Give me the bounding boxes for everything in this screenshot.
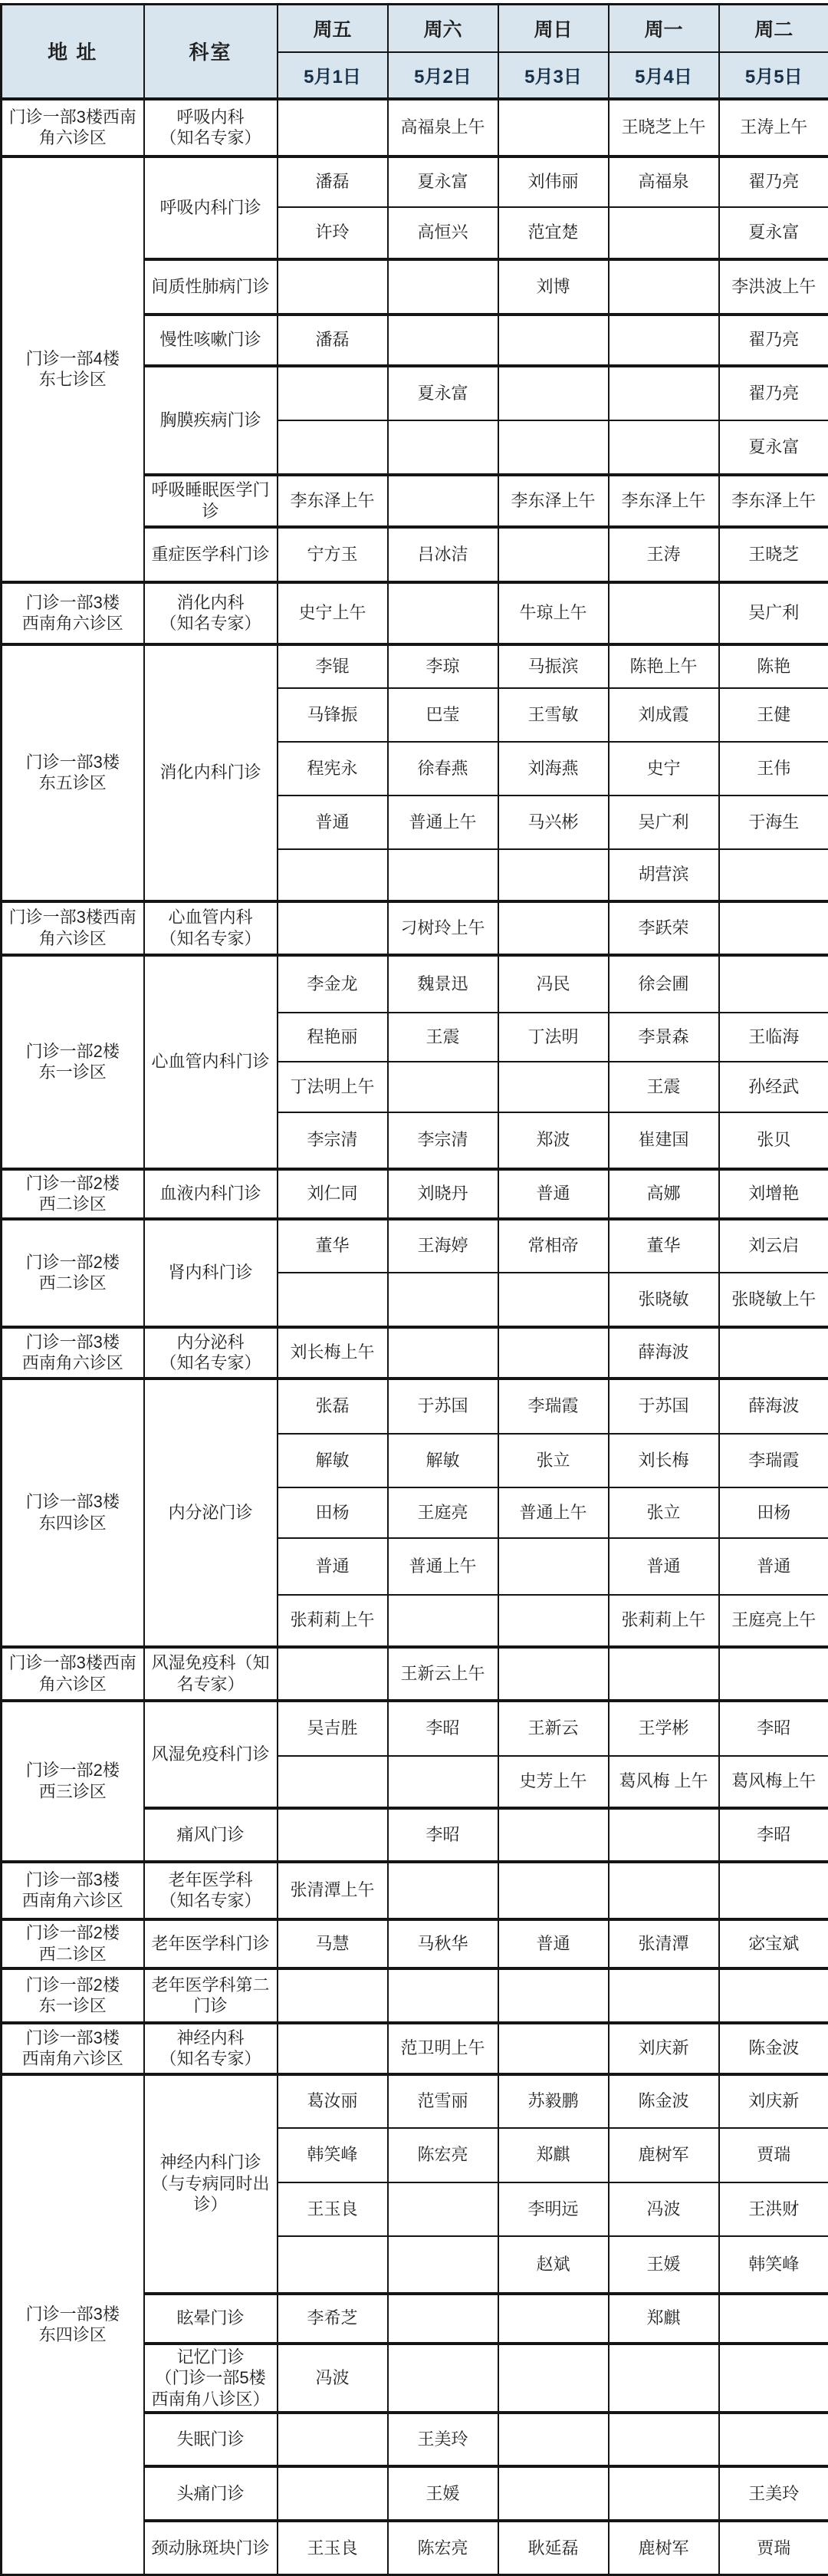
doctor-schedule-cell: 王临海: [719, 1013, 828, 1062]
doctor-schedule-cell: 马秋华: [388, 1919, 498, 1968]
table-row: 门诊一部3楼 西南角六诊区神经内科 （知名专家）范卫明上午刘庆新陈金波: [2, 2023, 828, 2074]
doctor-schedule-cell: 张贝: [719, 1112, 828, 1169]
doctor-schedule-cell: 潘磊: [278, 315, 388, 366]
doctor-schedule-cell: [498, 527, 609, 582]
doctor-schedule-cell: 马慧: [278, 1919, 388, 1968]
doctor-schedule-cell: 陈艳上午: [609, 644, 719, 688]
department-cell: 风湿免疫科门诊: [144, 1701, 278, 1808]
doctor-schedule-cell: 李希芝: [278, 2294, 388, 2344]
doctor-schedule-cell: 吴广利: [719, 582, 828, 644]
doctor-schedule-cell: [719, 1327, 828, 1379]
table-row: 门诊一部3楼 西南角六诊区消化内科 （知名专家）史宁上午牛琼上午吴广利: [2, 582, 828, 644]
doctor-schedule-cell: [388, 1756, 498, 1808]
doctor-schedule-cell: 张莉莉上午: [609, 1595, 719, 1647]
doctor-schedule-cell: 李昭: [719, 1701, 828, 1756]
doctor-schedule-cell: [719, 849, 828, 901]
doctor-schedule-cell: 牛琼上午: [498, 582, 609, 644]
doctor-schedule-cell: 范卫明上午: [388, 2023, 498, 2074]
doctor-schedule-cell: 李宗清: [278, 1112, 388, 1169]
doctor-schedule-cell: [498, 1062, 609, 1112]
doctor-schedule-cell: [719, 1647, 828, 1701]
doctor-schedule-cell: [498, 2344, 609, 2413]
table-row: 门诊一部3楼 东四诊区内分泌门诊张磊于苏国李瑞霞于苏国薛海波: [2, 1379, 828, 1434]
doctor-schedule-cell: [388, 1862, 498, 1919]
doctor-schedule-cell: [609, 315, 719, 366]
doctor-schedule-cell: 李洪波上午: [719, 259, 828, 315]
table-row: 门诊一部3楼西南 角六诊区心血管内科 （知名专家）刁树玲上午李跃荣: [2, 901, 828, 955]
address-cell: 门诊一部3楼 东五诊区: [2, 644, 144, 901]
department-cell: 呼吸内科门诊: [144, 156, 278, 259]
doctor-schedule-cell: 宓宝斌: [719, 1919, 828, 1968]
doctor-schedule-cell: [388, 2294, 498, 2344]
doctor-schedule-cell: 马锋振: [278, 688, 388, 742]
table-row: 门诊一部3楼西南 角六诊区呼吸内科 （知名专家）高福泉上午王晓芝上午王涛上午: [2, 99, 828, 156]
doctor-schedule-cell: 刘伟丽: [498, 156, 609, 207]
doctor-schedule-cell: [278, 420, 388, 475]
doctor-schedule-cell: 常相帝: [498, 1219, 609, 1273]
doctor-schedule-cell: 普通上午: [388, 796, 498, 849]
doctor-schedule-cell: [278, 366, 388, 420]
doctor-schedule-cell: 王庭亮: [388, 1487, 498, 1538]
doctor-schedule-cell: 田杨: [719, 1487, 828, 1538]
doctor-schedule-cell: 普通: [498, 1169, 609, 1219]
doctor-schedule-cell: 吴广利: [609, 796, 719, 849]
doctor-schedule-cell: 普通: [278, 1538, 388, 1595]
address-cell: 门诊一部2楼 西二诊区: [2, 1169, 144, 1219]
header-day-fri: 周五: [278, 5, 388, 52]
doctor-schedule-cell: 翟乃亮: [719, 156, 828, 207]
doctor-schedule-cell: [388, 420, 498, 475]
doctor-schedule-cell: [498, 1808, 609, 1862]
doctor-schedule-cell: 李昭: [388, 1701, 498, 1756]
doctor-schedule-cell: 刘晓丹: [388, 1169, 498, 1219]
doctor-schedule-cell: [278, 259, 388, 315]
doctor-schedule-cell: [609, 259, 719, 315]
doctor-schedule-cell: 于海生: [719, 796, 828, 849]
table-row: 门诊一部3楼 西南角六诊区内分泌科 （知名专家）刘长梅上午薛海波: [2, 1327, 828, 1379]
doctor-schedule-cell: 王洪财: [719, 2182, 828, 2236]
address-cell: 门诊一部3楼 西南角六诊区: [2, 582, 144, 644]
doctor-schedule-cell: 李宗清: [388, 1112, 498, 1169]
department-cell: 记忆门诊 （门诊一部5楼 西南角八诊区）: [144, 2344, 278, 2413]
doctor-schedule-cell: [719, 2344, 828, 2413]
doctor-schedule-cell: 李琼: [388, 644, 498, 688]
doctor-schedule-cell: [609, 1862, 719, 1919]
doctor-schedule-cell: [498, 1968, 609, 2023]
header-date-fri: 5月1日: [278, 52, 388, 99]
doctor-schedule-cell: 葛汝丽: [278, 2074, 388, 2128]
address-cell: 门诊一部3楼 西南角六诊区: [2, 1327, 144, 1379]
doctor-schedule-cell: 王美玲: [719, 2466, 828, 2521]
department-cell: 老年医学科第二 门诊: [144, 1968, 278, 2023]
department-cell: 头痛门诊: [144, 2466, 278, 2521]
doctor-schedule-cell: 刘长梅: [609, 1434, 719, 1487]
doctor-schedule-cell: 刘成霞: [609, 688, 719, 742]
doctor-schedule-cell: 李东泽上午: [498, 475, 609, 527]
department-cell: 胸膜疾病门诊: [144, 366, 278, 475]
doctor-schedule-cell: 李明远: [498, 2182, 609, 2236]
department-cell: 消化内科门诊: [144, 644, 278, 901]
doctor-schedule-cell: 王震: [388, 1013, 498, 1062]
doctor-schedule-cell: 陈金波: [609, 2074, 719, 2128]
doctor-schedule-cell: 李锟: [278, 644, 388, 688]
doctor-schedule-cell: 高福泉上午: [388, 99, 498, 156]
schedule-header: 地 址 科室 周五 周六 周日 周一 周二 5月1日 5月2日 5月3日 5月4…: [2, 5, 828, 99]
doctor-schedule-cell: [388, 1595, 498, 1647]
doctor-schedule-cell: 李东泽上午: [719, 475, 828, 527]
table-row: 门诊一部3楼 西南角六诊区老年医学科 （知名专家）张清潭上午: [2, 1862, 828, 1919]
table-row: 门诊一部3楼 东四诊区神经内科门诊 （与专病同时出 诊）葛汝丽范雪丽苏毅鹏陈金波…: [2, 2074, 828, 2128]
doctor-schedule-cell: 鹿树军: [609, 2521, 719, 2574]
doctor-schedule-cell: [498, 2413, 609, 2466]
doctor-schedule-cell: 刘长梅上午: [278, 1327, 388, 1379]
doctor-schedule-cell: [498, 1273, 609, 1327]
doctor-schedule-cell: 李瑞霞: [498, 1379, 609, 1434]
address-cell: 门诊一部3楼西南 角六诊区: [2, 99, 144, 156]
doctor-schedule-cell: 张磊: [278, 1379, 388, 1434]
address-cell: 门诊一部2楼 东一诊区: [2, 1968, 144, 2023]
doctor-schedule-cell: 葛风梅 上午: [609, 1756, 719, 1808]
department-cell: 眩晕门诊: [144, 2294, 278, 2344]
doctor-schedule-cell: 张晓敏上午: [719, 1273, 828, 1327]
doctor-schedule-cell: 夏永富: [719, 207, 828, 259]
table-row: 门诊一部2楼 东一诊区老年医学科第二 门诊: [2, 1968, 828, 2023]
doctor-schedule-cell: 张清潭: [609, 1919, 719, 1968]
doctor-schedule-cell: [719, 2413, 828, 2466]
doctor-schedule-cell: 于苏国: [609, 1379, 719, 1434]
doctor-schedule-cell: 李东泽上午: [278, 475, 388, 527]
doctor-schedule-cell: [719, 901, 828, 955]
doctor-schedule-cell: [388, 1062, 498, 1112]
department-cell: 消化内科 （知名专家）: [144, 582, 278, 644]
doctor-schedule-cell: 王健: [719, 688, 828, 742]
doctor-schedule-cell: 田杨: [278, 1487, 388, 1538]
doctor-schedule-cell: [388, 2236, 498, 2294]
doctor-schedule-cell: 王庭亮上午: [719, 1595, 828, 1647]
doctor-schedule-cell: 程艳丽: [278, 1013, 388, 1062]
doctor-schedule-cell: 陈金波: [719, 2023, 828, 2074]
doctor-schedule-cell: [498, 1327, 609, 1379]
doctor-schedule-cell: 张晓敏: [609, 1273, 719, 1327]
address-cell: 门诊一部2楼 西二诊区: [2, 1219, 144, 1327]
doctor-schedule-cell: [388, 2344, 498, 2413]
table-row: 门诊一部4楼 东七诊区呼吸内科门诊潘磊夏永富刘伟丽高福泉翟乃亮: [2, 156, 828, 207]
header-date-sat: 5月2日: [388, 52, 498, 99]
doctor-schedule-cell: [388, 315, 498, 366]
doctor-schedule-cell: 高娜: [609, 1169, 719, 1219]
address-cell: 门诊一部4楼 东七诊区: [2, 156, 144, 582]
address-cell: 门诊一部3楼 东四诊区: [2, 2074, 144, 2575]
department-cell: 内分泌门诊: [144, 1379, 278, 1647]
doctor-schedule-cell: [388, 2182, 498, 2236]
doctor-schedule-cell: 冯波: [278, 2344, 388, 2413]
doctor-schedule-cell: 鹿树军: [609, 2128, 719, 2182]
address-cell: 门诊一部3楼 西南角六诊区: [2, 1862, 144, 1919]
department-cell: 神经内科 （知名专家）: [144, 2023, 278, 2074]
doctor-schedule-cell: 陈宏亮: [388, 2128, 498, 2182]
doctor-schedule-cell: 夏永富: [388, 156, 498, 207]
schedule-table: 地 址 科室 周五 周六 周日 周一 周二 5月1日 5月2日 5月3日 5月4…: [0, 3, 828, 2576]
doctor-schedule-cell: [719, 1862, 828, 1919]
address-cell: 门诊一部3楼西南 角六诊区: [2, 901, 144, 955]
doctor-schedule-cell: 李金龙: [278, 955, 388, 1013]
doctor-schedule-cell: 王雪敏: [498, 688, 609, 742]
doctor-schedule-cell: 于苏国: [388, 1379, 498, 1434]
header-day-mon: 周一: [609, 5, 719, 52]
doctor-schedule-cell: 巴莹: [388, 688, 498, 742]
doctor-schedule-cell: 王海婷: [388, 1219, 498, 1273]
header-row-days: 地 址 科室 周五 周六 周日 周一 周二: [2, 5, 828, 52]
doctor-schedule-cell: 张莉莉上午: [278, 1595, 388, 1647]
address-cell: 门诊一部2楼 西三诊区: [2, 1701, 144, 1862]
header-date-sun: 5月3日: [498, 52, 609, 99]
address-cell: 门诊一部3楼 东四诊区: [2, 1379, 144, 1647]
doctor-schedule-cell: 刘增艳: [719, 1169, 828, 1219]
doctor-schedule-cell: 王媛: [388, 2466, 498, 2521]
doctor-schedule-cell: 普通: [278, 796, 388, 849]
doctor-schedule-cell: 夏永富: [388, 366, 498, 420]
schedule-body: 门诊一部3楼西南 角六诊区呼吸内科 （知名专家）高福泉上午王晓芝上午王涛上午门诊…: [2, 99, 828, 2575]
doctor-schedule-cell: 许玲: [278, 207, 388, 259]
doctor-schedule-cell: 苏毅鹏: [498, 2074, 609, 2128]
doctor-schedule-cell: [609, 2413, 719, 2466]
doctor-schedule-cell: 李景森: [609, 1013, 719, 1062]
doctor-schedule-cell: [498, 1538, 609, 1595]
doctor-schedule-cell: 王晓芝: [719, 527, 828, 582]
doctor-schedule-cell: 解敏: [388, 1434, 498, 1487]
doctor-schedule-cell: 吴吉胜: [278, 1701, 388, 1756]
doctor-schedule-cell: 韩笑峰: [278, 2128, 388, 2182]
doctor-schedule-cell: [498, 2023, 609, 2074]
doctor-schedule-cell: 徐春燕: [388, 742, 498, 796]
table-row: 门诊一部3楼西南 角六诊区风湿免疫科（知 名专家）王新云上午: [2, 1647, 828, 1701]
doctor-schedule-cell: [609, 2466, 719, 2521]
doctor-schedule-cell: [388, 475, 498, 527]
table-row: 门诊一部2楼 西二诊区血液内科门诊刘仁同刘晓丹普通高娜刘增艳: [2, 1169, 828, 1219]
doctor-schedule-cell: 魏景迅: [388, 955, 498, 1013]
address-cell: 门诊一部2楼 东一诊区: [2, 955, 144, 1169]
doctor-schedule-cell: 范雪丽: [388, 2074, 498, 2128]
doctor-schedule-cell: 普通: [719, 1538, 828, 1595]
doctor-schedule-cell: 郑波: [498, 1112, 609, 1169]
doctor-schedule-cell: [609, 366, 719, 420]
doctor-schedule-cell: 王新云上午: [388, 1647, 498, 1701]
doctor-schedule-cell: 王媛: [609, 2236, 719, 2294]
department-cell: 呼吸内科 （知名专家）: [144, 99, 278, 156]
doctor-schedule-cell: 孙经武: [719, 1062, 828, 1112]
doctor-schedule-cell: 吕冰洁: [388, 527, 498, 582]
doctor-schedule-cell: 潘磊: [278, 156, 388, 207]
doctor-schedule-cell: 普通上午: [388, 1538, 498, 1595]
doctor-schedule-cell: [498, 2294, 609, 2344]
header-department: 科室: [144, 5, 278, 99]
department-cell: 失眠门诊: [144, 2413, 278, 2466]
doctor-schedule-cell: 葛风梅上午: [719, 1756, 828, 1808]
department-cell: 颈动脉斑块门诊: [144, 2521, 278, 2574]
doctor-schedule-cell: [609, 1647, 719, 1701]
doctor-schedule-cell: 宁方玉: [278, 527, 388, 582]
doctor-schedule-cell: [278, 99, 388, 156]
doctor-schedule-cell: 王涛: [609, 527, 719, 582]
doctor-schedule-cell: 耿延磊: [498, 2521, 609, 2574]
doctor-schedule-cell: 王美玲: [388, 2413, 498, 2466]
department-cell: 风湿免疫科（知 名专家）: [144, 1647, 278, 1701]
doctor-schedule-cell: 高福泉: [609, 156, 719, 207]
doctor-schedule-cell: [609, 1968, 719, 2023]
doctor-schedule-cell: 薛海波: [719, 1379, 828, 1434]
doctor-schedule-cell: 陈艳: [719, 644, 828, 688]
doctor-schedule-cell: 翟乃亮: [719, 315, 828, 366]
doctor-schedule-cell: [609, 1808, 719, 1862]
doctor-schedule-cell: 张清潭上午: [278, 1862, 388, 1919]
doctor-schedule-cell: 高恒兴: [388, 207, 498, 259]
doctor-schedule-cell: [498, 420, 609, 475]
header-day-tue: 周二: [719, 5, 828, 52]
doctor-schedule-cell: 丁法明: [498, 1013, 609, 1062]
doctor-schedule-cell: 史宁: [609, 742, 719, 796]
address-cell: 门诊一部3楼 西南角六诊区: [2, 2023, 144, 2074]
doctor-schedule-cell: [498, 366, 609, 420]
doctor-schedule-cell: 王晓芝上午: [609, 99, 719, 156]
department-cell: 呼吸睡眠医学门 诊: [144, 475, 278, 527]
doctor-schedule-cell: [498, 1595, 609, 1647]
doctor-schedule-cell: 丁法明上午: [278, 1062, 388, 1112]
doctor-schedule-cell: 贾瑞: [719, 2521, 828, 2574]
table-row: 门诊一部3楼 东五诊区消化内科门诊李锟李琼马振滨陈艳上午陈艳: [2, 644, 828, 688]
doctor-schedule-cell: 韩笑峰: [719, 2236, 828, 2294]
doctor-schedule-cell: [719, 2294, 828, 2344]
doctor-schedule-cell: 李昭: [719, 1808, 828, 1862]
doctor-schedule-cell: [498, 901, 609, 955]
doctor-schedule-cell: 薛海波: [609, 1327, 719, 1379]
table-row: 门诊一部2楼 西二诊区老年医学科门诊马慧马秋华普通张清潭宓宝斌: [2, 1919, 828, 1968]
doctor-schedule-cell: 王新云: [498, 1701, 609, 1756]
doctor-schedule-cell: [278, 1756, 388, 1808]
doctor-schedule-cell: [498, 2466, 609, 2521]
doctor-schedule-cell: 解敏: [278, 1434, 388, 1487]
doctor-schedule-cell: [719, 1968, 828, 2023]
doctor-schedule-cell: [609, 2344, 719, 2413]
department-cell: 老年医学科门诊: [144, 1919, 278, 1968]
doctor-schedule-cell: 冯民: [498, 955, 609, 1013]
doctor-schedule-cell: [498, 99, 609, 156]
doctor-schedule-cell: [278, 2023, 388, 2074]
department-cell: 神经内科门诊 （与专病同时出 诊）: [144, 2074, 278, 2294]
doctor-schedule-cell: [609, 582, 719, 644]
header-date-mon: 5月4日: [609, 52, 719, 99]
header-day-sat: 周六: [388, 5, 498, 52]
table-row: 门诊一部2楼 东一诊区心血管内科门诊李金龙魏景迅冯民徐会圃: [2, 955, 828, 1013]
doctor-schedule-cell: [278, 1808, 388, 1862]
doctor-schedule-cell: 张立: [609, 1487, 719, 1538]
department-cell: 慢性咳嗽门诊: [144, 315, 278, 366]
department-cell: 间质性肺病门诊: [144, 259, 278, 315]
table-row: 门诊一部2楼 西三诊区风湿免疫科门诊吴吉胜李昭王新云王学彬李昭: [2, 1701, 828, 1756]
doctor-schedule-cell: [498, 849, 609, 901]
doctor-schedule-cell: 史芳上午: [498, 1756, 609, 1808]
department-cell: 心血管内科门诊: [144, 955, 278, 1169]
header-day-sun: 周日: [498, 5, 609, 52]
doctor-schedule-cell: 程宪永: [278, 742, 388, 796]
doctor-schedule-cell: [388, 1327, 498, 1379]
doctor-schedule-cell: 刁树玲上午: [388, 901, 498, 955]
doctor-schedule-cell: [719, 955, 828, 1013]
doctor-schedule-cell: 马兴彬: [498, 796, 609, 849]
doctor-schedule-cell: 刘庆新: [719, 2074, 828, 2128]
doctor-schedule-cell: 张立: [498, 1434, 609, 1487]
doctor-schedule-cell: 董华: [278, 1219, 388, 1273]
doctor-schedule-cell: 陈宏亮: [388, 2521, 498, 2574]
address-cell: 门诊一部3楼西南 角六诊区: [2, 1647, 144, 1701]
doctor-schedule-cell: 刘云启: [719, 1219, 828, 1273]
doctor-schedule-cell: [278, 2466, 388, 2521]
doctor-schedule-cell: 冯波: [609, 2182, 719, 2236]
doctor-schedule-cell: 王伟: [719, 742, 828, 796]
doctor-schedule-cell: [278, 1968, 388, 2023]
doctor-schedule-cell: 王玉良: [278, 2521, 388, 2574]
doctor-schedule-cell: 普通: [498, 1919, 609, 1968]
doctor-schedule-cell: [498, 1647, 609, 1701]
doctor-schedule-cell: 刘庆新: [609, 2023, 719, 2074]
doctor-schedule-cell: [388, 1273, 498, 1327]
header-date-tue: 5月5日: [719, 52, 828, 99]
department-cell: 老年医学科 （知名专家）: [144, 1862, 278, 1919]
department-cell: 血液内科门诊: [144, 1169, 278, 1219]
doctor-schedule-cell: 夏永富: [719, 420, 828, 475]
doctor-schedule-cell: 徐会圃: [609, 955, 719, 1013]
doctor-schedule-cell: 郑麒: [609, 2294, 719, 2344]
doctor-schedule-cell: 董华: [609, 1219, 719, 1273]
doctor-schedule-cell: 王震: [609, 1062, 719, 1112]
department-cell: 内分泌科 （知名专家）: [144, 1327, 278, 1379]
doctor-schedule-cell: 王学彬: [609, 1701, 719, 1756]
doctor-schedule-cell: [388, 259, 498, 315]
doctor-schedule-cell: 马振滨: [498, 644, 609, 688]
department-cell: 重症医学科门诊: [144, 527, 278, 582]
doctor-schedule-cell: 普通: [609, 1538, 719, 1595]
doctor-schedule-cell: [609, 207, 719, 259]
doctor-schedule-cell: 史宁上午: [278, 582, 388, 644]
doctor-schedule-cell: 翟乃亮: [719, 366, 828, 420]
doctor-schedule-cell: 范宜楚: [498, 207, 609, 259]
doctor-schedule-cell: 王涛上午: [719, 99, 828, 156]
doctor-schedule-cell: [278, 2236, 388, 2294]
department-cell: 肾内科门诊: [144, 1219, 278, 1327]
doctor-schedule-cell: 刘博: [498, 259, 609, 315]
doctor-schedule-cell: 胡营滨: [609, 849, 719, 901]
header-address: 地 址: [2, 5, 144, 99]
doctor-schedule-cell: 刘海燕: [498, 742, 609, 796]
doctor-schedule-cell: [609, 420, 719, 475]
doctor-schedule-cell: 刘仁同: [278, 1169, 388, 1219]
doctor-schedule-cell: 李瑞霞: [719, 1434, 828, 1487]
doctor-schedule-cell: [498, 1862, 609, 1919]
doctor-schedule-cell: [278, 2413, 388, 2466]
doctor-schedule-cell: 崔建国: [609, 1112, 719, 1169]
doctor-schedule-cell: [278, 1647, 388, 1701]
doctor-schedule-cell: 普通上午: [498, 1487, 609, 1538]
doctor-schedule-cell: [278, 1273, 388, 1327]
doctor-schedule-cell: 贾瑞: [719, 2128, 828, 2182]
doctor-schedule-cell: 李昭: [388, 1808, 498, 1862]
doctor-schedule-cell: 李跃荣: [609, 901, 719, 955]
department-cell: 心血管内科 （知名专家）: [144, 901, 278, 955]
doctor-schedule-cell: 赵斌: [498, 2236, 609, 2294]
doctor-schedule-cell: 王玉良: [278, 2182, 388, 2236]
doctor-schedule-cell: 郑麒: [498, 2128, 609, 2182]
doctor-schedule-cell: [278, 901, 388, 955]
doctor-schedule-cell: [388, 849, 498, 901]
